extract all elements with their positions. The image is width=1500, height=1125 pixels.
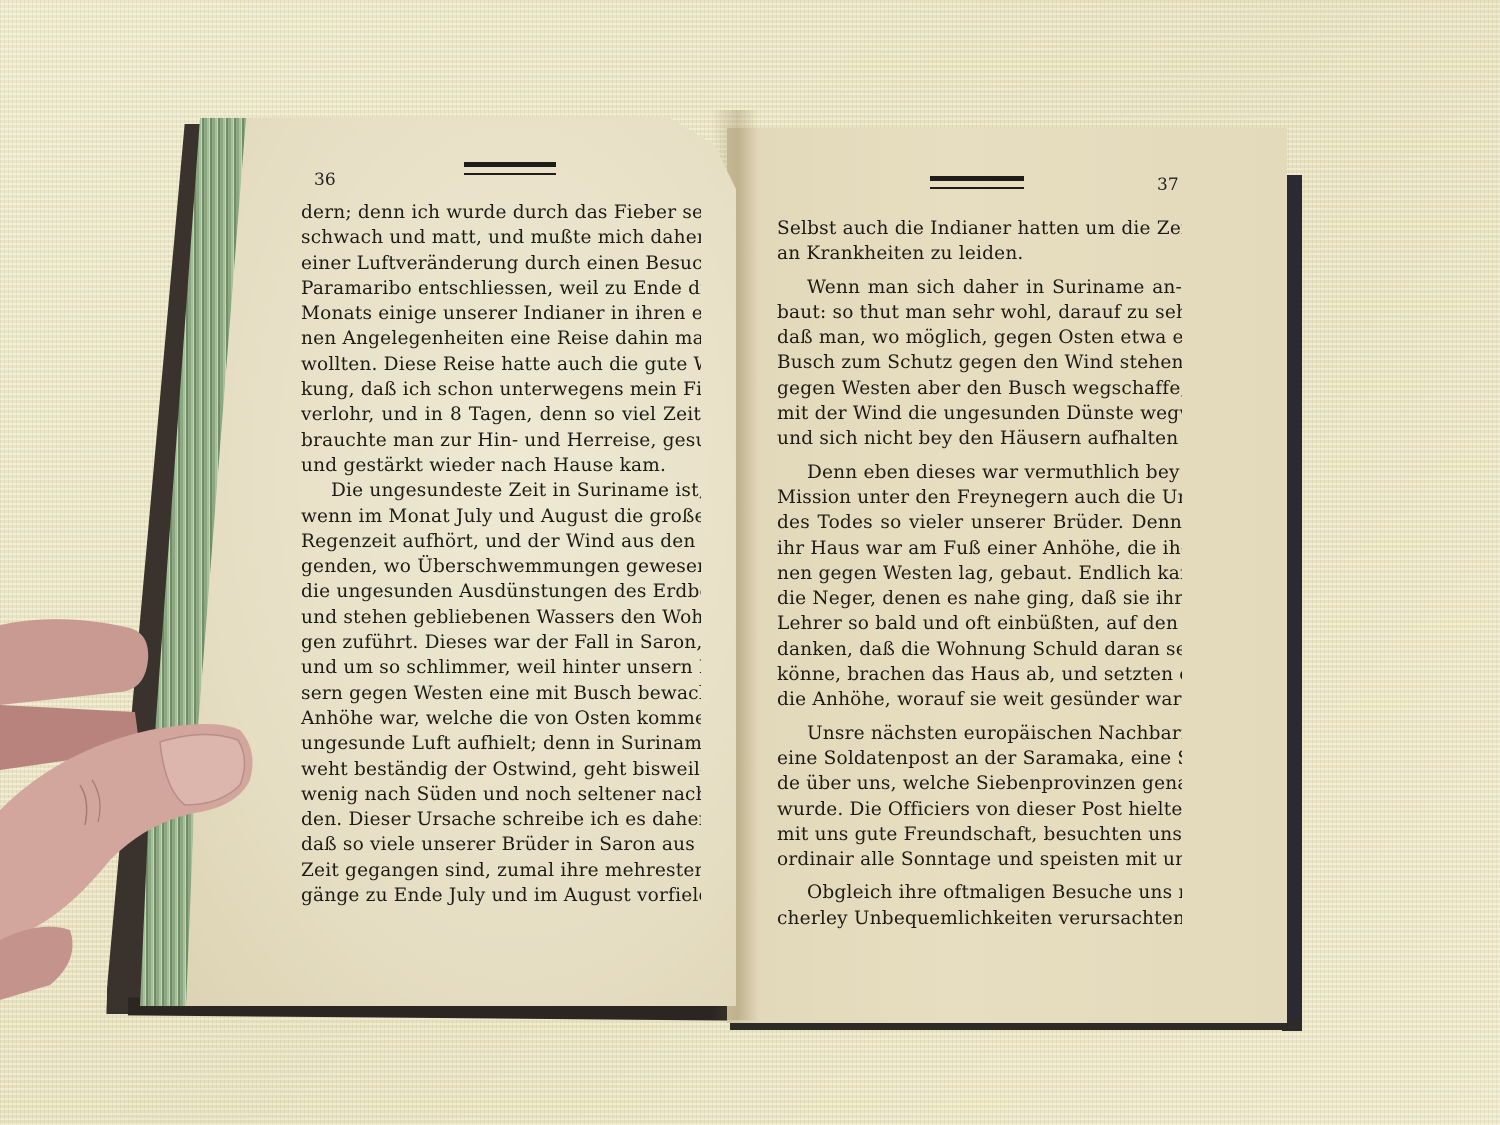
header-rule xyxy=(930,176,1024,189)
text-line: gänge zu Ende July und im August vorfiel… xyxy=(301,883,701,908)
text-line: gegen Westen aber den Busch wegschaffe, … xyxy=(777,376,1182,401)
right-page: 37 Selbst auch die Indianer hatten um di… xyxy=(727,128,1287,1023)
text-line: die Anhöhe, worauf sie weit gesünder war… xyxy=(777,687,1182,712)
text-line: kung, daß ich schon unterwegens mein Fie… xyxy=(301,377,701,402)
text-line: ordinair alle Sonntage und speisten mit … xyxy=(777,847,1182,872)
page-text: Selbst auch die Indianer hatten um die Z… xyxy=(777,216,1182,931)
text-line: Monats einige unserer Indianer in ihren … xyxy=(301,301,701,326)
text-line: und stehen gebliebenen Wassers den Wohnu… xyxy=(301,605,701,630)
text-line: genden, wo Überschwemmungen gewesen sind… xyxy=(301,554,701,579)
text-line: Zeit gegangen sind, zumal ihre mehresten… xyxy=(301,858,701,883)
text-line: wenn im Monat July und August die große xyxy=(301,504,701,529)
text-line: und sich nicht bey den Häusern aufhalten… xyxy=(777,426,1182,451)
page-number: 37 xyxy=(1157,175,1179,195)
text-line: nen gegen Westen lag, gebaut. Endlich ka… xyxy=(777,561,1182,586)
page-text: dern; denn ich wurde durch das Fieber se… xyxy=(301,200,701,908)
text-line: eine Soldatenpost an der Saramaka, eine … xyxy=(777,746,1182,771)
text-line: cherley Unbequemlichkeiten verursachten:… xyxy=(777,906,1182,931)
text-line: mit uns gute Freundschaft, besuchten uns… xyxy=(777,822,1182,847)
header-rule xyxy=(464,162,556,175)
text-line: Lehrer so bald und oft einbüßten, auf de… xyxy=(777,611,1182,636)
text-line: daß man, wo möglich, gegen Osten etwa ei… xyxy=(777,325,1182,350)
text-line: baut: so thut man sehr wohl, darauf zu s… xyxy=(777,300,1182,325)
text-line: wurde. Die Officiers von dieser Post hie… xyxy=(777,797,1182,822)
text-line: weht beständig der Ostwind, geht bisweil… xyxy=(301,757,701,782)
text-line: Busch zum Schutz gegen den Wind stehen l… xyxy=(777,350,1182,375)
text-line: wenig nach Süden und noch seltener nach … xyxy=(301,782,701,807)
text-line: schwach und matt, und mußte mich daher z… xyxy=(301,225,701,250)
text-line: nen Angelegenheiten eine Reise dahin mac… xyxy=(301,326,701,351)
text-line: Wenn man sich daher in Suriname an- xyxy=(777,275,1182,300)
text-line: mit der Wind die ungesunden Dünste wegwe… xyxy=(777,401,1182,426)
text-line: Die ungesundeste Zeit in Suriname ist, xyxy=(301,478,701,503)
text-line: des Todes so vieler unserer Brüder. Denn xyxy=(777,510,1182,535)
text-line: die ungesunden Ausdünstungen des Erdbode… xyxy=(301,579,701,604)
text-line: den. Dieser Ursache schreibe ich es dahe… xyxy=(301,807,701,832)
open-book: 37 Selbst auch die Indianer hatten um di… xyxy=(0,0,1500,1125)
text-line: sern gegen Westen eine mit Busch bewachs… xyxy=(301,681,701,706)
text-line: Regenzeit aufhört, und der Wind aus den … xyxy=(301,529,701,554)
text-line: Denn eben dieses war vermuthlich bey der xyxy=(777,460,1182,485)
text-line: ihr Haus war am Fuß einer Anhöhe, die ih… xyxy=(777,536,1182,561)
text-line: ungesunde Luft aufhielt; denn in Surinam… xyxy=(301,731,701,756)
text-line: Paramaribo entschliessen, weil zu Ende d… xyxy=(301,276,701,301)
text-line: dern; denn ich wurde durch das Fieber se… xyxy=(301,200,701,225)
text-line: verlohr, und in 8 Tagen, denn so viel Ze… xyxy=(301,402,701,427)
text-line: brauchte man zur Hin- und Herreise, gesu… xyxy=(301,428,701,453)
text-line: danken, daß die Wohnung Schuld daran sey… xyxy=(777,637,1182,662)
text-line: daß so viele unserer Brüder in Saron aus… xyxy=(301,832,701,857)
page-number: 36 xyxy=(314,170,336,190)
text-line: Anhöhe war, welche die von Osten kommend… xyxy=(301,706,701,731)
text-line: die Neger, denen es nahe ging, daß sie i… xyxy=(777,586,1182,611)
text-line: Obgleich ihre oftmaligen Besuche uns man… xyxy=(777,880,1182,905)
text-line: an Krankheiten zu leiden. xyxy=(777,241,1182,266)
text-line: gen zuführt. Dieses war der Fall in Saro… xyxy=(301,630,701,655)
text-line: de über uns, welche Siebenprovinzen gena… xyxy=(777,771,1182,796)
text-line: wollten. Diese Reise hatte auch die gute… xyxy=(301,352,701,377)
text-line: und gestärkt wieder nach Hause kam. xyxy=(301,453,701,478)
text-line: Selbst auch die Indianer hatten um die Z… xyxy=(777,216,1182,241)
left-page: 36 dern; denn ich wurde durch das Fieber… xyxy=(186,118,736,1006)
text-line: Mission unter den Freynegern auch die Ur… xyxy=(777,485,1182,510)
text-line: Unsre nächsten europäischen Nachbarn war xyxy=(777,721,1182,746)
text-line: und um so schlimmer, weil hinter unsern … xyxy=(301,655,701,680)
text-line: könne, brachen das Haus ab, und setzten … xyxy=(777,662,1182,687)
hand-holding-book xyxy=(0,600,260,1020)
text-line: einer Luftveränderung durch einen Besuch… xyxy=(301,251,701,276)
